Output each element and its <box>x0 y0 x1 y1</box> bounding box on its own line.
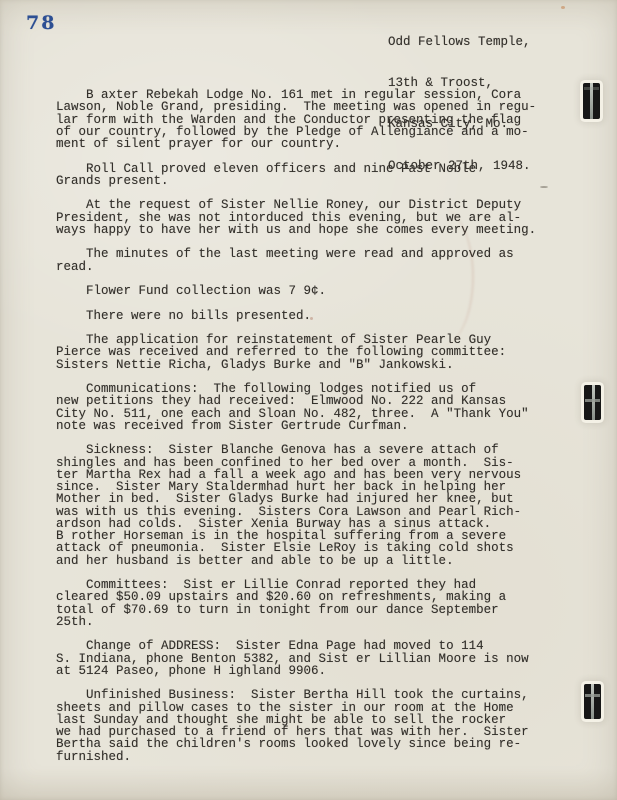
scanned-minutes-page: 78 Odd Fellows Temple, 13th & Troost, Ka… <box>0 0 617 800</box>
sickness-paragraph: Sickness: Sister Blanche Genova has a se… <box>56 444 564 567</box>
binding-hole-icon <box>584 684 601 719</box>
district-deputy-paragraph: At the request of Sister Nellie Roney, o… <box>56 199 564 236</box>
minutes-approved-paragraph: The minutes of the last meeting were rea… <box>56 248 564 273</box>
binding-post-crossbar <box>585 694 600 697</box>
reinstatement-paragraph: The application for reinstatement of Sis… <box>56 334 564 371</box>
communications-paragraph: Communications: The following lodges not… <box>56 383 564 432</box>
binding-hole-icon <box>584 385 601 420</box>
paper-speck <box>561 6 565 9</box>
binding-hole-icon <box>583 83 600 119</box>
binding-post-crossbar <box>584 87 599 90</box>
binding-post-crossbar <box>585 399 600 402</box>
address-change-paragraph: Change of ADDRESS: Sister Edna Page had … <box>56 640 564 677</box>
flower-fund-paragraph: Flower Fund collection was 7 9¢. <box>56 285 564 297</box>
bills-paragraph: There were no bills presented. <box>56 310 564 322</box>
letterhead-line-organization: Odd Fellows Temple, <box>388 36 531 50</box>
page-number: 78 <box>26 12 56 34</box>
binding-post-highlight <box>592 385 595 420</box>
binding-post-highlight <box>591 684 594 719</box>
opening-paragraph: B axter Rebekah Lodge No. 161 met in reg… <box>56 89 564 150</box>
minutes-body: B axter Rebekah Lodge No. 161 met in reg… <box>56 89 564 775</box>
unfinished-business-paragraph: Unfinished Business: Sister Bertha Hill … <box>56 689 564 763</box>
committees-paragraph: Committees: Sist er Lillie Conrad report… <box>56 579 564 628</box>
roll-call-paragraph: Roll Call proved eleven officers and nin… <box>56 163 564 188</box>
